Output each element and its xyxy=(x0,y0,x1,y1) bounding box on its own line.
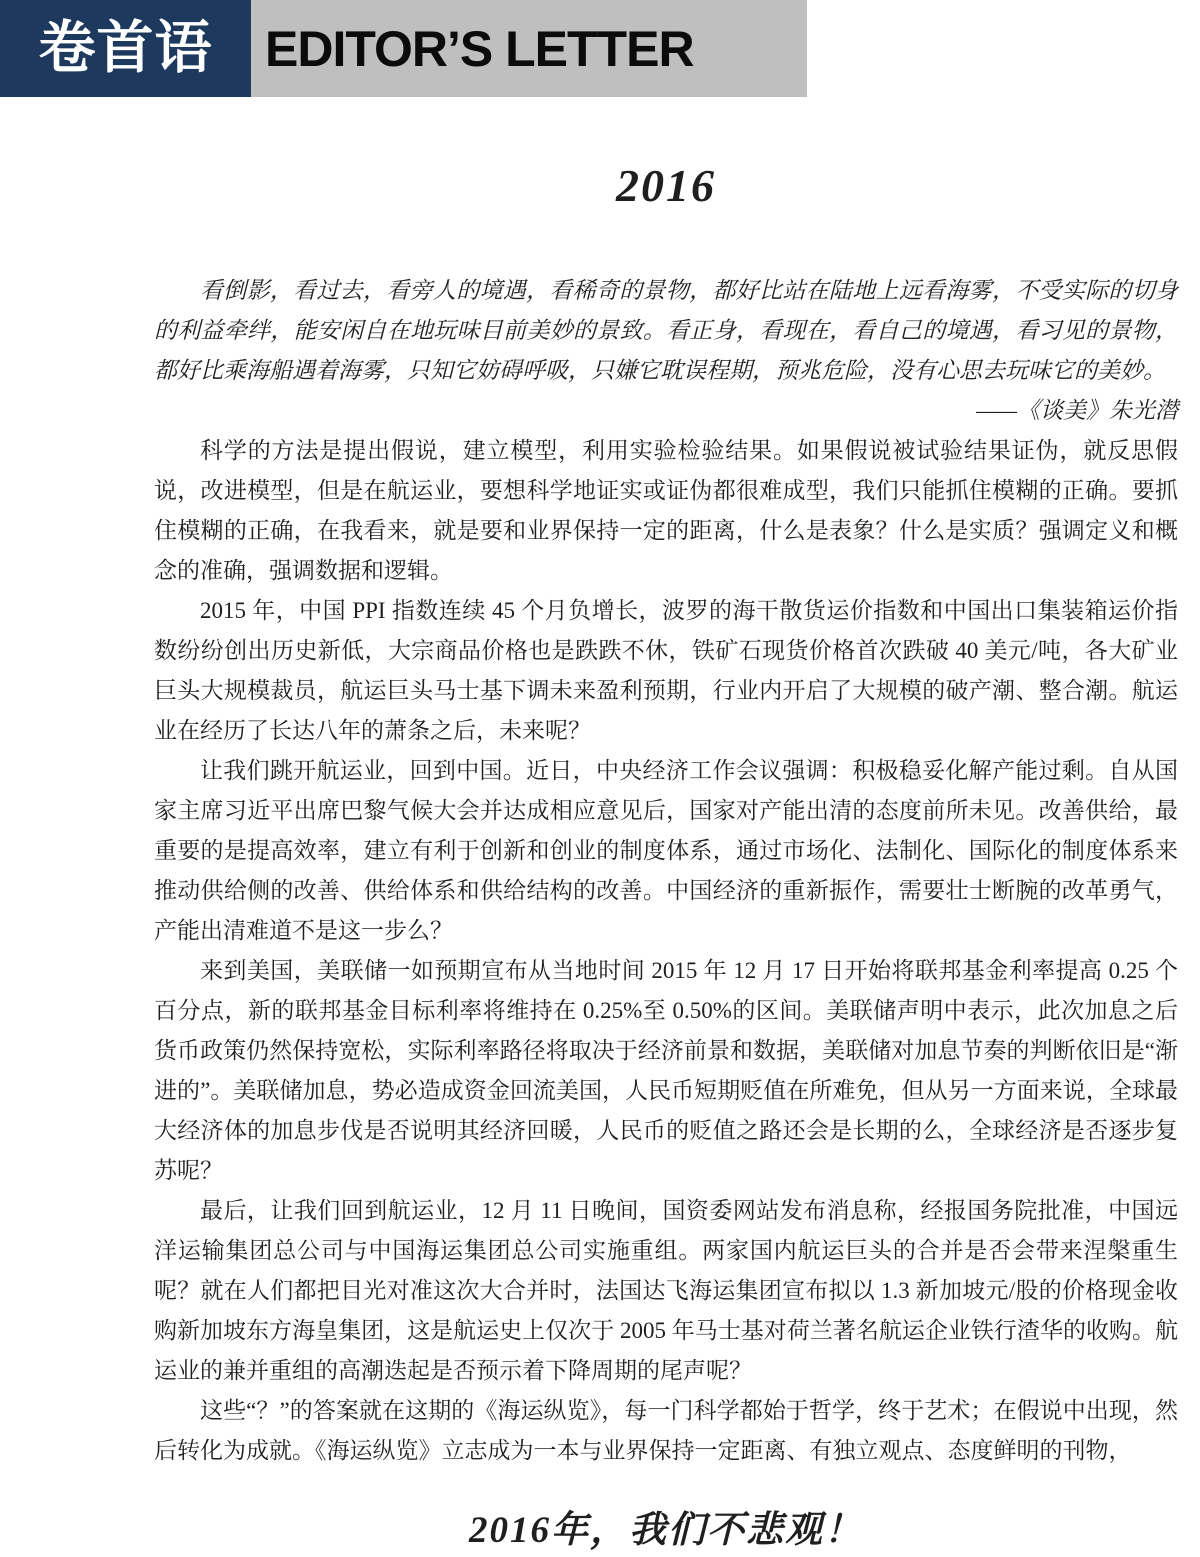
paragraph-china-economy: 让我们跳开航运业，回到中国。近日，中央经济工作会议强调：积极稳妥化解产能过剩。自… xyxy=(154,751,1178,951)
opening-quote: 看倒影，看过去，看旁人的境遇，看稀奇的景物，都好比站在陆地上远看海雾，不受实际的… xyxy=(154,271,1178,391)
paragraph-fed-rate-hike: 来到美国，美联储一如预期宣布从当地时间 2015 年 12 月 17 日开始将联… xyxy=(154,951,1178,1191)
page-header: 卷首语 EDITOR’S LETTER xyxy=(0,0,807,97)
letter-content: 2016 看倒影，看过去，看旁人的境遇，看稀奇的景物，都好比站在陆地上远看海雾，… xyxy=(154,163,1178,1553)
paragraph-2015-markets: 2015 年，中国 PPI 指数连续 45 个月负增长，波罗的海干散货运价指数和… xyxy=(154,591,1178,751)
editors-letter-page: 卷首语 EDITOR’S LETTER 2016 看倒影，看过去，看旁人的境遇，… xyxy=(0,0,1200,1557)
section-tag-chinese: 卷首语 xyxy=(0,0,251,97)
page-title: 2016 xyxy=(154,163,1178,209)
paragraph-magazine-mission: 这些“？”的答案就在这期的《海运纵览》，每一门科学都始于哲学，终于艺术；在假说中… xyxy=(154,1391,1178,1471)
paragraph-science-method: 科学的方法是提出假说，建立模型，利用实验检验结果。如果假说被试验结果证伪，就反思… xyxy=(154,431,1178,591)
closing-slogan: 2016年，我们不悲观！ xyxy=(154,1509,1178,1553)
section-tag-english: EDITOR’S LETTER xyxy=(251,0,807,97)
paragraph-shipping-mergers: 最后，让我们回到航运业，12 月 11 日晚间，国资委网站发布消息称，经报国务院… xyxy=(154,1191,1178,1391)
quote-attribution: ——《谈美》朱光潜 xyxy=(154,391,1178,431)
